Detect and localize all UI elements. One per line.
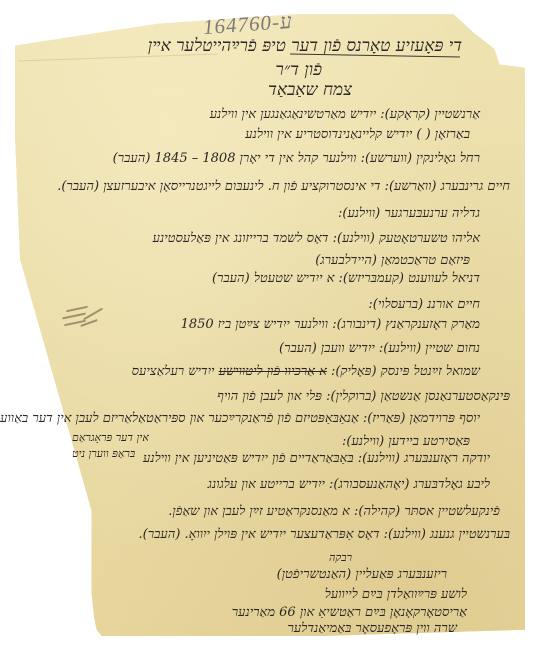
manuscript-entry: פּיזאַם טראַכטמאַן (היידלבערג) xyxy=(315,254,470,267)
struck-text: א אַרכיוו פֿון ליטווישע xyxy=(219,364,327,379)
margin-note-line-2: בּראַפּ ווערן ניט xyxy=(72,448,135,459)
manuscript-entry: שמואל זײַנטל פּינסק (פּאָליק): א אַרכיוו… xyxy=(132,365,480,378)
manuscript-entry: בּערנשטיין גנענג (ווילנע): דאָס אַפּראַד… xyxy=(139,528,511,541)
author-name: צמח שאַבאַד xyxy=(268,82,352,99)
manuscript-entry: גדליה ערנעבּערגער (ווילנע): xyxy=(338,207,480,220)
manuscript-entry: באַרזאָן ( ) ייִדיש קליינאַנינדוסטריע אי… xyxy=(245,128,470,141)
manuscript-entry: יוסף פּרוידמאַן (פּאַריז): אַנאַבּאַפּטי… xyxy=(0,412,480,425)
manuscript-entry: חיים אורננ (ברעסלוי): xyxy=(368,298,480,311)
margin-note-line-1: אין דער פּראָגראַם xyxy=(72,432,149,443)
manuscript-entry: ליבע גאָלדבּערג (יאָהאַנעסבורג): ייִדיש … xyxy=(208,478,490,491)
manuscript-entry: פֿינקעלשטיין אסתּר (קהילה): א מאַנסנקראַ… xyxy=(168,505,500,518)
signature-line-2: ריזענבּערג פּאַעליין (האַנטשריפֿטן) xyxy=(277,568,447,581)
signature-line-5: שרה ווין פּראָפעסאָר בּאַמיאַנדלער xyxy=(288,622,457,635)
manuscript-entry: אַרנשטיין (קראָקע): ייִדיש מאַרטשינאַגאַ… xyxy=(210,108,480,121)
title-line-1: די פּאָעזיע טאָרנס פֿון דער טיפּ פֿרײַהי… xyxy=(148,38,462,55)
signature-line-3: לושע פּרײַוואַלדן בּײַם לייוועל xyxy=(325,588,467,601)
manuscript-entry: דניאל לעווענט (קעמבּריזש): א ייִדיש שטעט… xyxy=(212,272,480,285)
manuscript-entry: פּינקאַסטערנאַנסן אַנשטאַן (ברוקלין): פּ… xyxy=(217,390,510,403)
manuscript-entry: מאַרק ראָזענקראַנץ (דינבורג): ווילנער יי… xyxy=(181,318,480,331)
paperclip-rust-mark xyxy=(62,305,106,329)
manuscript-entry: רחל גאָלינקין (ווערשע): ווילנער קהל אין … xyxy=(113,152,480,165)
manuscript-entry: אליהו טשערטאָטעק (ווילנע): דאָס לשמד ברי… xyxy=(153,232,480,245)
manuscript-entry: פּאַסירטע ביידען (ווילנע): xyxy=(342,435,470,448)
manuscript-entry: יודקה ראָזענבּערג (ווילנע): בּאַבּאַראַד… xyxy=(143,452,490,465)
manuscript-entry: נחום שטיין (ווילנע): ייִדיש וועבן (העבר) xyxy=(279,342,480,355)
signature-line-1: רבקה xyxy=(329,552,352,563)
signature-line-4: אַריסטאָרקאָנאָן בּײַם ראַטשיאַ און 66 מ… xyxy=(232,606,467,619)
manuscript-entry: חיים גרינבערג (וואַרשע): די אינסטרוקציע … xyxy=(57,180,510,193)
title-line-2: פֿון ד״ר xyxy=(275,62,322,79)
